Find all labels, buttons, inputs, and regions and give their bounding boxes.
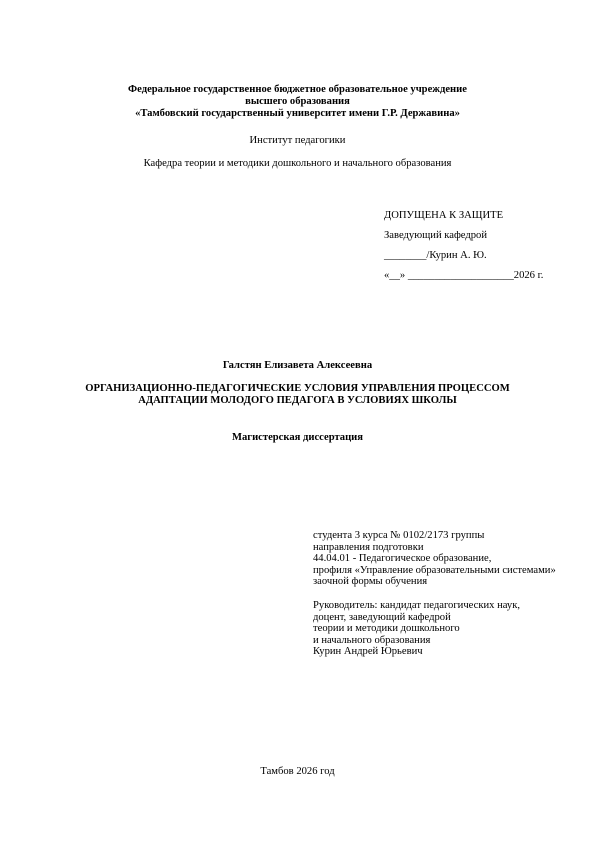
supervisor-info: Руководитель: кандидат педагогических на…	[313, 600, 520, 658]
approval-title: ДОПУЩЕНА К ЗАЩИТЕ	[384, 210, 543, 230]
thesis-title-line-1: ОРГАНИЗАЦИОННО-ПЕДАГОГИЧЕСКИЕ УСЛОВИЯ УП…	[0, 383, 595, 395]
supervisor-info-line: и начального образования	[313, 635, 520, 647]
thesis-title-line-2: АДАПТАЦИИ МОЛОДОГО ПЕДАГОГА В УСЛОВИЯХ Ш…	[0, 395, 595, 407]
author-name: Галстян Елизавета Алексеевна	[0, 360, 595, 372]
supervisor-info-line: доцент, заведующий кафедрой	[313, 612, 520, 624]
student-info-line: заочной формы обучения	[313, 576, 556, 588]
department-name: Кафедра теории и методики дошкольного и …	[0, 158, 595, 170]
student-info-line: профиля «Управление образовательными сис…	[313, 565, 556, 577]
approval-block: ДОПУЩЕНА К ЗАЩИТЕ Заведующий кафедрой __…	[384, 210, 543, 290]
approval-role: Заведующий кафедрой	[384, 230, 543, 250]
organization-line-2: высшего образования	[0, 96, 595, 108]
work-type: Магистерская диссертация	[0, 432, 595, 444]
city-year: Тамбов 2026 год	[0, 766, 595, 778]
organization-line-3: «Тамбовский государственный университет …	[0, 108, 595, 120]
supervisor-info-line: Курин Андрей Юрьевич	[313, 646, 520, 658]
student-info-line: студента 3 курса № 0102/2173 группы	[313, 530, 556, 542]
organization-line-1: Федеральное государственное бюджетное об…	[0, 84, 595, 96]
supervisor-info-line: теории и методики дошкольного	[313, 623, 520, 635]
approval-date: «__» ____________________2026 г.	[384, 270, 543, 290]
student-info-line: направления подготовки	[313, 542, 556, 554]
student-info-line: 44.04.01 - Педагогическое образование,	[313, 553, 556, 565]
supervisor-info-line: Руководитель: кандидат педагогических на…	[313, 600, 520, 612]
approval-signature: ________/Курин А. Ю.	[384, 250, 543, 270]
student-info: студента 3 курса № 0102/2173 группы напр…	[313, 530, 556, 588]
institute-name: Институт педагогики	[0, 135, 595, 147]
